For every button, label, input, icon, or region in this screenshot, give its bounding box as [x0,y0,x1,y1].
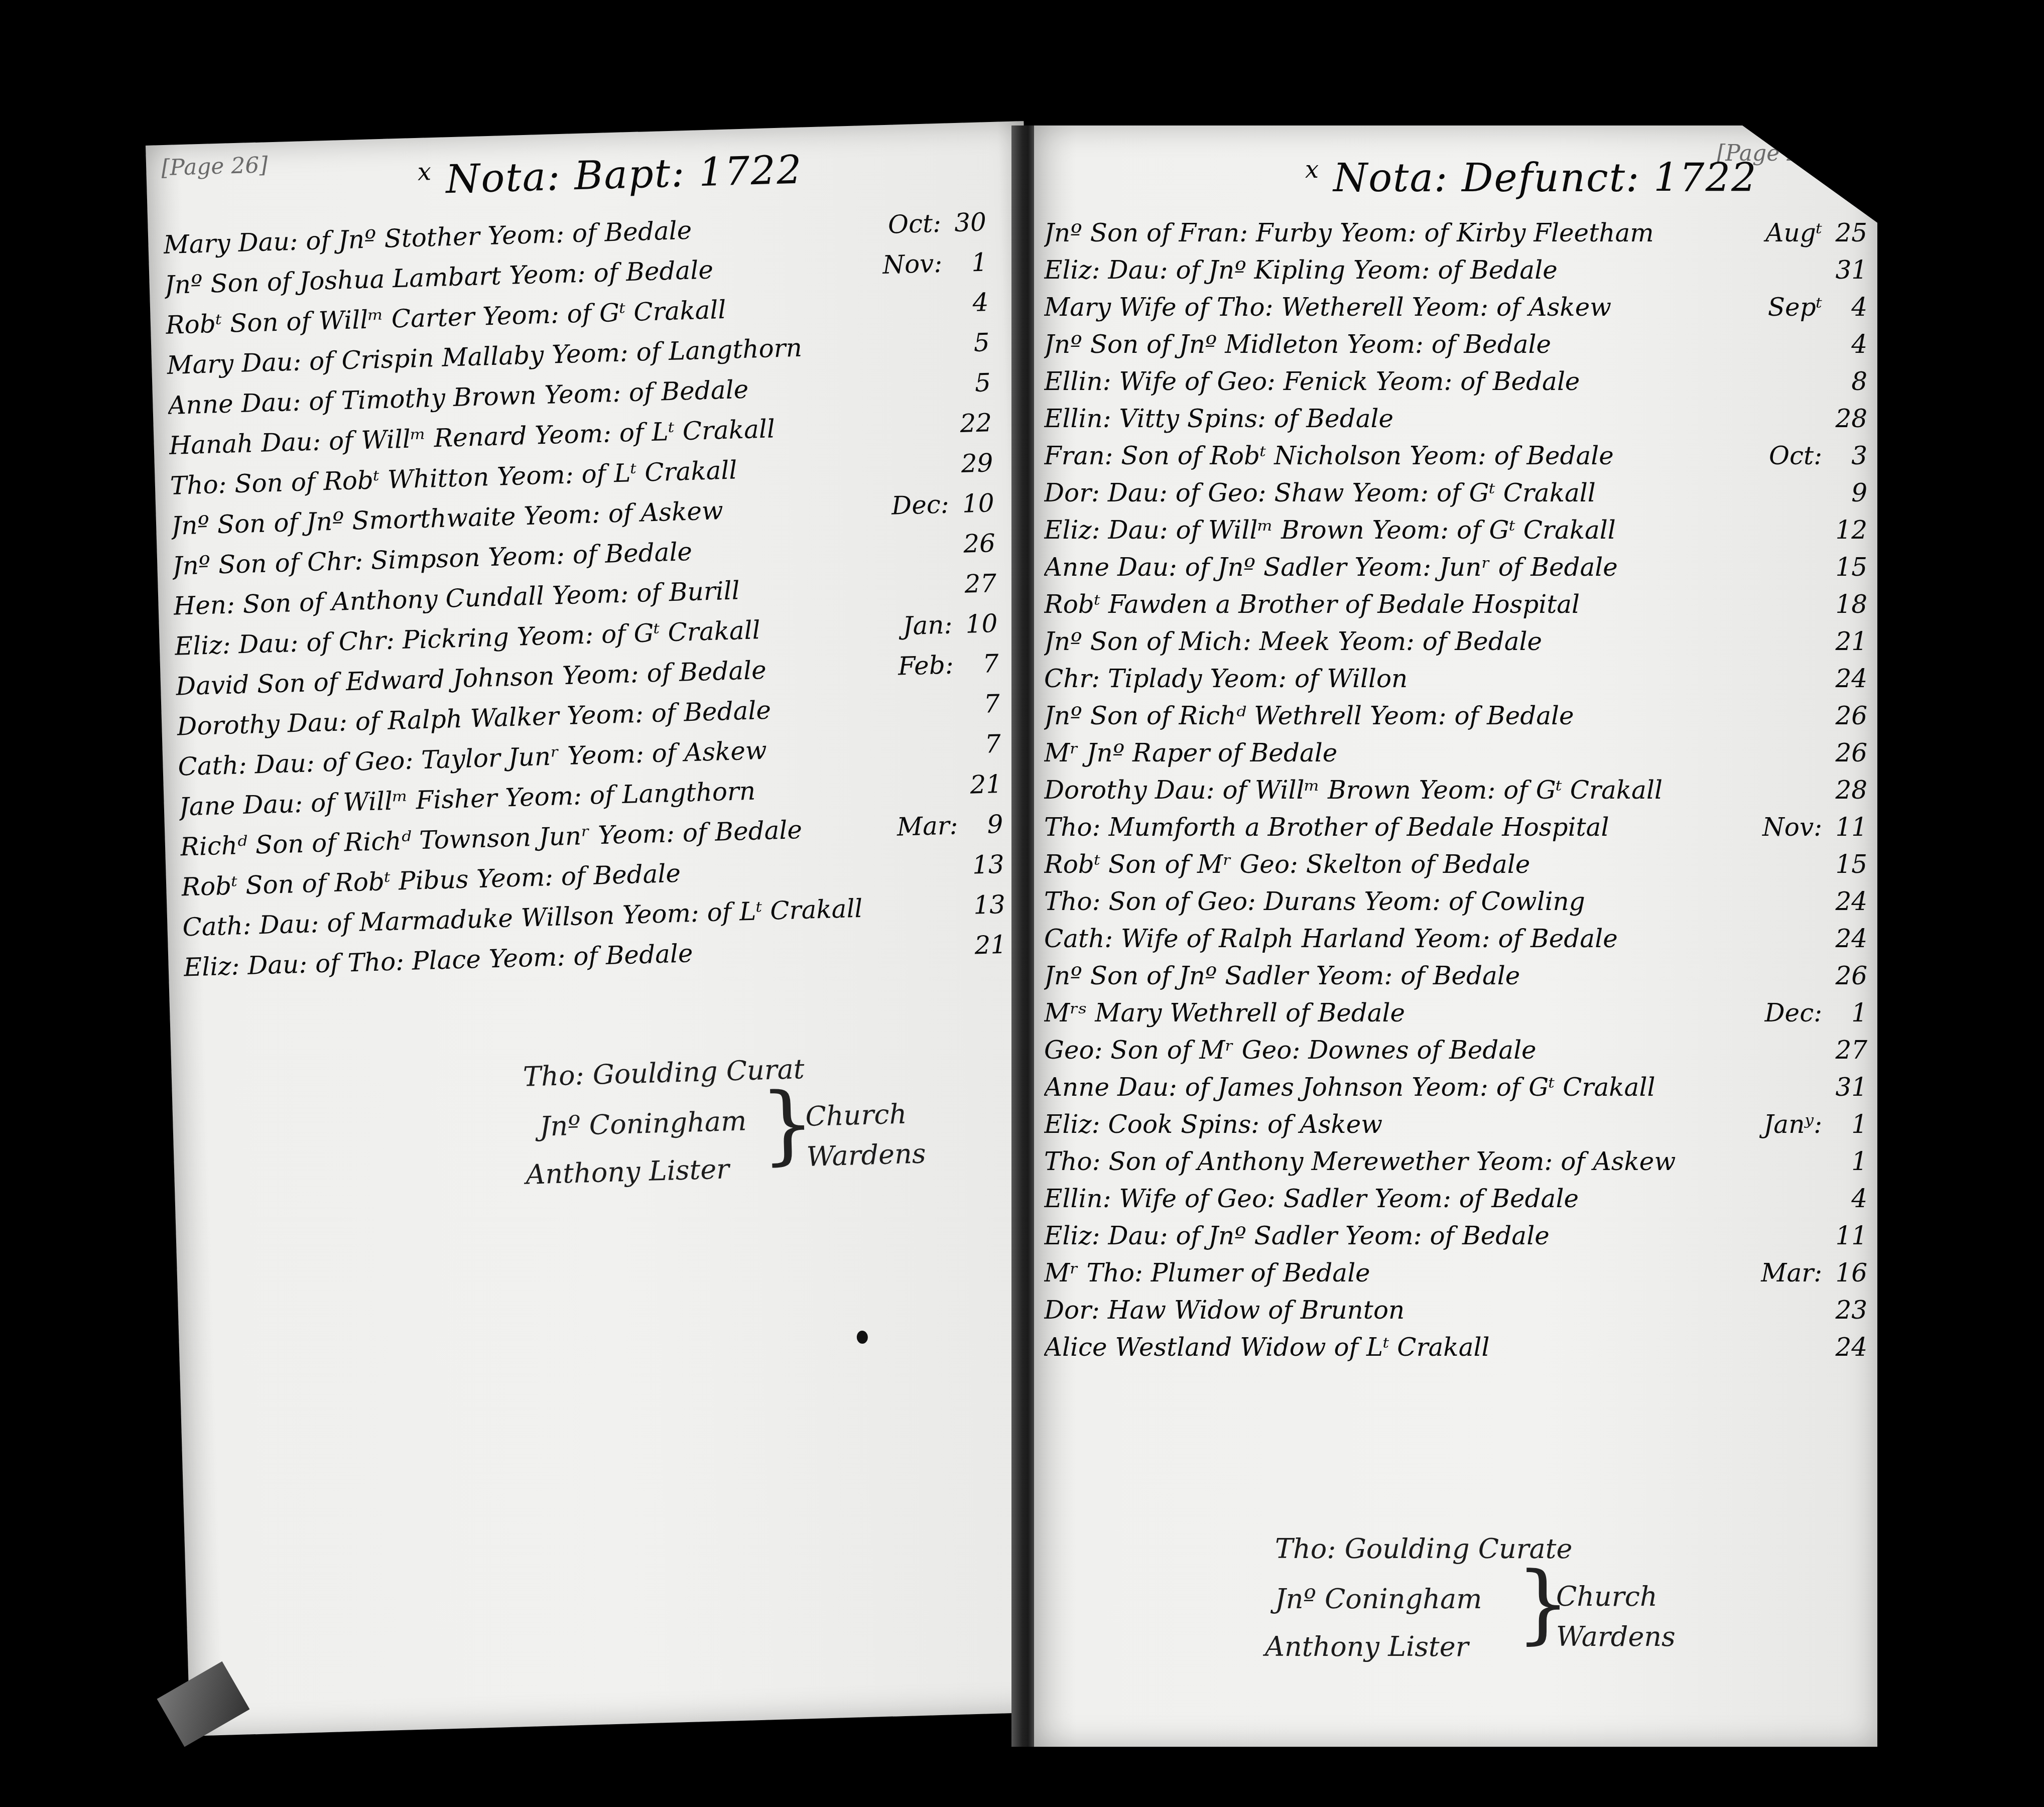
register-entry: Fran: Son of Robᵗ Nicholson Yeom: of Bed… [1044,441,1867,478]
burial-entries: Jnº Son of Fran: Furby Yeom: of Kirby Fl… [1044,218,1867,1370]
office-label: Wardens [806,1133,927,1178]
register-entry: Robᵗ Son of Mʳ Geo: Skelton of Bedale15 [1044,850,1867,887]
warden-signature: Jnº Coningham [539,1098,747,1149]
register-entry: Ellin: Wife of Geo: Fenick Yeom: of Beda… [1044,367,1867,404]
register-entry: Ellin: Wife of Geo: Sadler Yeom: of Beda… [1044,1184,1867,1221]
register-entry: Jnº Son of Mich: Meek Yeom: of Bedale21 [1044,627,1867,664]
page-heading: x Nota: Defunct: 1722 [1305,156,1757,201]
register-entry: Alice Westland Widow of Lᵗ Crakall24 [1044,1333,1867,1370]
office-label: Church [805,1093,907,1137]
warden-signature: Anthony Lister [525,1146,730,1198]
heading-mark: x [417,158,433,186]
register-entry: Cath: Wife of Ralph Harland Yeom: of Bed… [1044,924,1867,961]
register-entry: Tho: Mumforth a Brother of Bedale Hospit… [1044,813,1867,850]
register-entry: Geo: Son of Mʳ Geo: Downes of Bedale27 [1044,1036,1867,1073]
register-entry: Dor: Haw Widow of Brunton23 [1044,1296,1867,1333]
office-label: Wardens [1556,1616,1676,1657]
left-page: [Page 26] x Nota: Bapt: 1722 Mary Dau: o… [146,121,1068,1736]
heading-title: Nota: Defunct: 1722 [1333,156,1757,201]
register-entry: Dorothy Dau: of Willᵐ Brown Yeom: of Gᵗ … [1044,776,1867,813]
scanned-register-spread: [Page 26] x Nota: Bapt: 1722 Mary Dau: o… [0,0,2044,1807]
register-entry: Eliz: Cook Spins: of AskewJanʸ:1 [1044,1110,1867,1147]
register-entry: Jnº Son of Fran: Furby Yeom: of Kirby Fl… [1044,218,1867,255]
page-label: [Page 26] [161,152,269,181]
office-label: Church [1556,1576,1657,1617]
signature-block: Tho: Goulding Curat Jnº Coningham Anthon… [523,1042,980,1255]
register-entry: Mary Wife of Tho: Wetherell Yeom: of Ask… [1044,293,1867,330]
warden-signature: Jnº Coningham [1275,1576,1482,1622]
register-entry: Mʳ Jnº Raper of Bedale26 [1044,738,1867,776]
register-entry: Jnº Son of Jnº Sadler Yeom: of Bedale26 [1044,961,1867,998]
register-entry: Chr: Tiplady Yeom: of Willon24 [1044,664,1867,701]
register-entry: Jnº Son of Richᵈ Wethrell Yeom: of Bedal… [1044,701,1867,738]
register-entry: Jnº Son of Jnº Midleton Yeom: of Bedale4 [1044,330,1867,367]
signature-block: Tho: Goulding Curate Jnº Coningham Antho… [1235,1526,1687,1727]
register-entry: Eliz: Dau: of Jnº Kipling Yeom: of Bedal… [1044,255,1867,293]
register-entry: Ellin: Vitty Spins: of Bedale28 [1044,404,1867,441]
register-entry: Anne Dau: of Jnº Sadler Yeom: Junʳ of Be… [1044,553,1867,590]
register-entry: Eliz: Dau: of Jnº Sadler Yeom: of Bedale… [1044,1221,1867,1258]
right-page: [Page 27] x Nota: Defunct: 1722 Jnº Son … [1034,125,1877,1747]
register-entry: Mʳˢ Mary Wethrell of BedaleDec:1 [1044,998,1867,1036]
page-heading: x Nota: Bapt: 1722 [417,147,803,203]
ink-blot [856,1331,868,1344]
register-entry: Tho: Son of Geo: Durans Yeom: of Cowling… [1044,887,1867,924]
baptism-entries: Mary Dau: of Jnº Stother Yeom: of Bedale… [163,207,1007,993]
warden-signature: Anthony Lister [1265,1624,1469,1670]
register-entry: Anne Dau: of James Johnson Yeom: of Gᵗ C… [1044,1073,1867,1110]
register-entry: Dor: Dau: of Geo: Shaw Yeom: of Gᵗ Craka… [1044,478,1867,515]
register-entry: Robᵗ Fawden a Brother of Bedale Hospital… [1044,590,1867,627]
register-entry: Mʳ Tho: Plumer of BedaleMar:16 [1044,1258,1867,1296]
register-entry: Eliz: Dau: of Willᵐ Brown Yeom: of Gᵗ Cr… [1044,515,1867,553]
register-entry: Tho: Son of Anthony Merewether Yeom: of … [1044,1147,1867,1184]
heading-mark: x [1305,156,1320,184]
heading-title: Nota: Bapt: 1722 [445,147,803,202]
